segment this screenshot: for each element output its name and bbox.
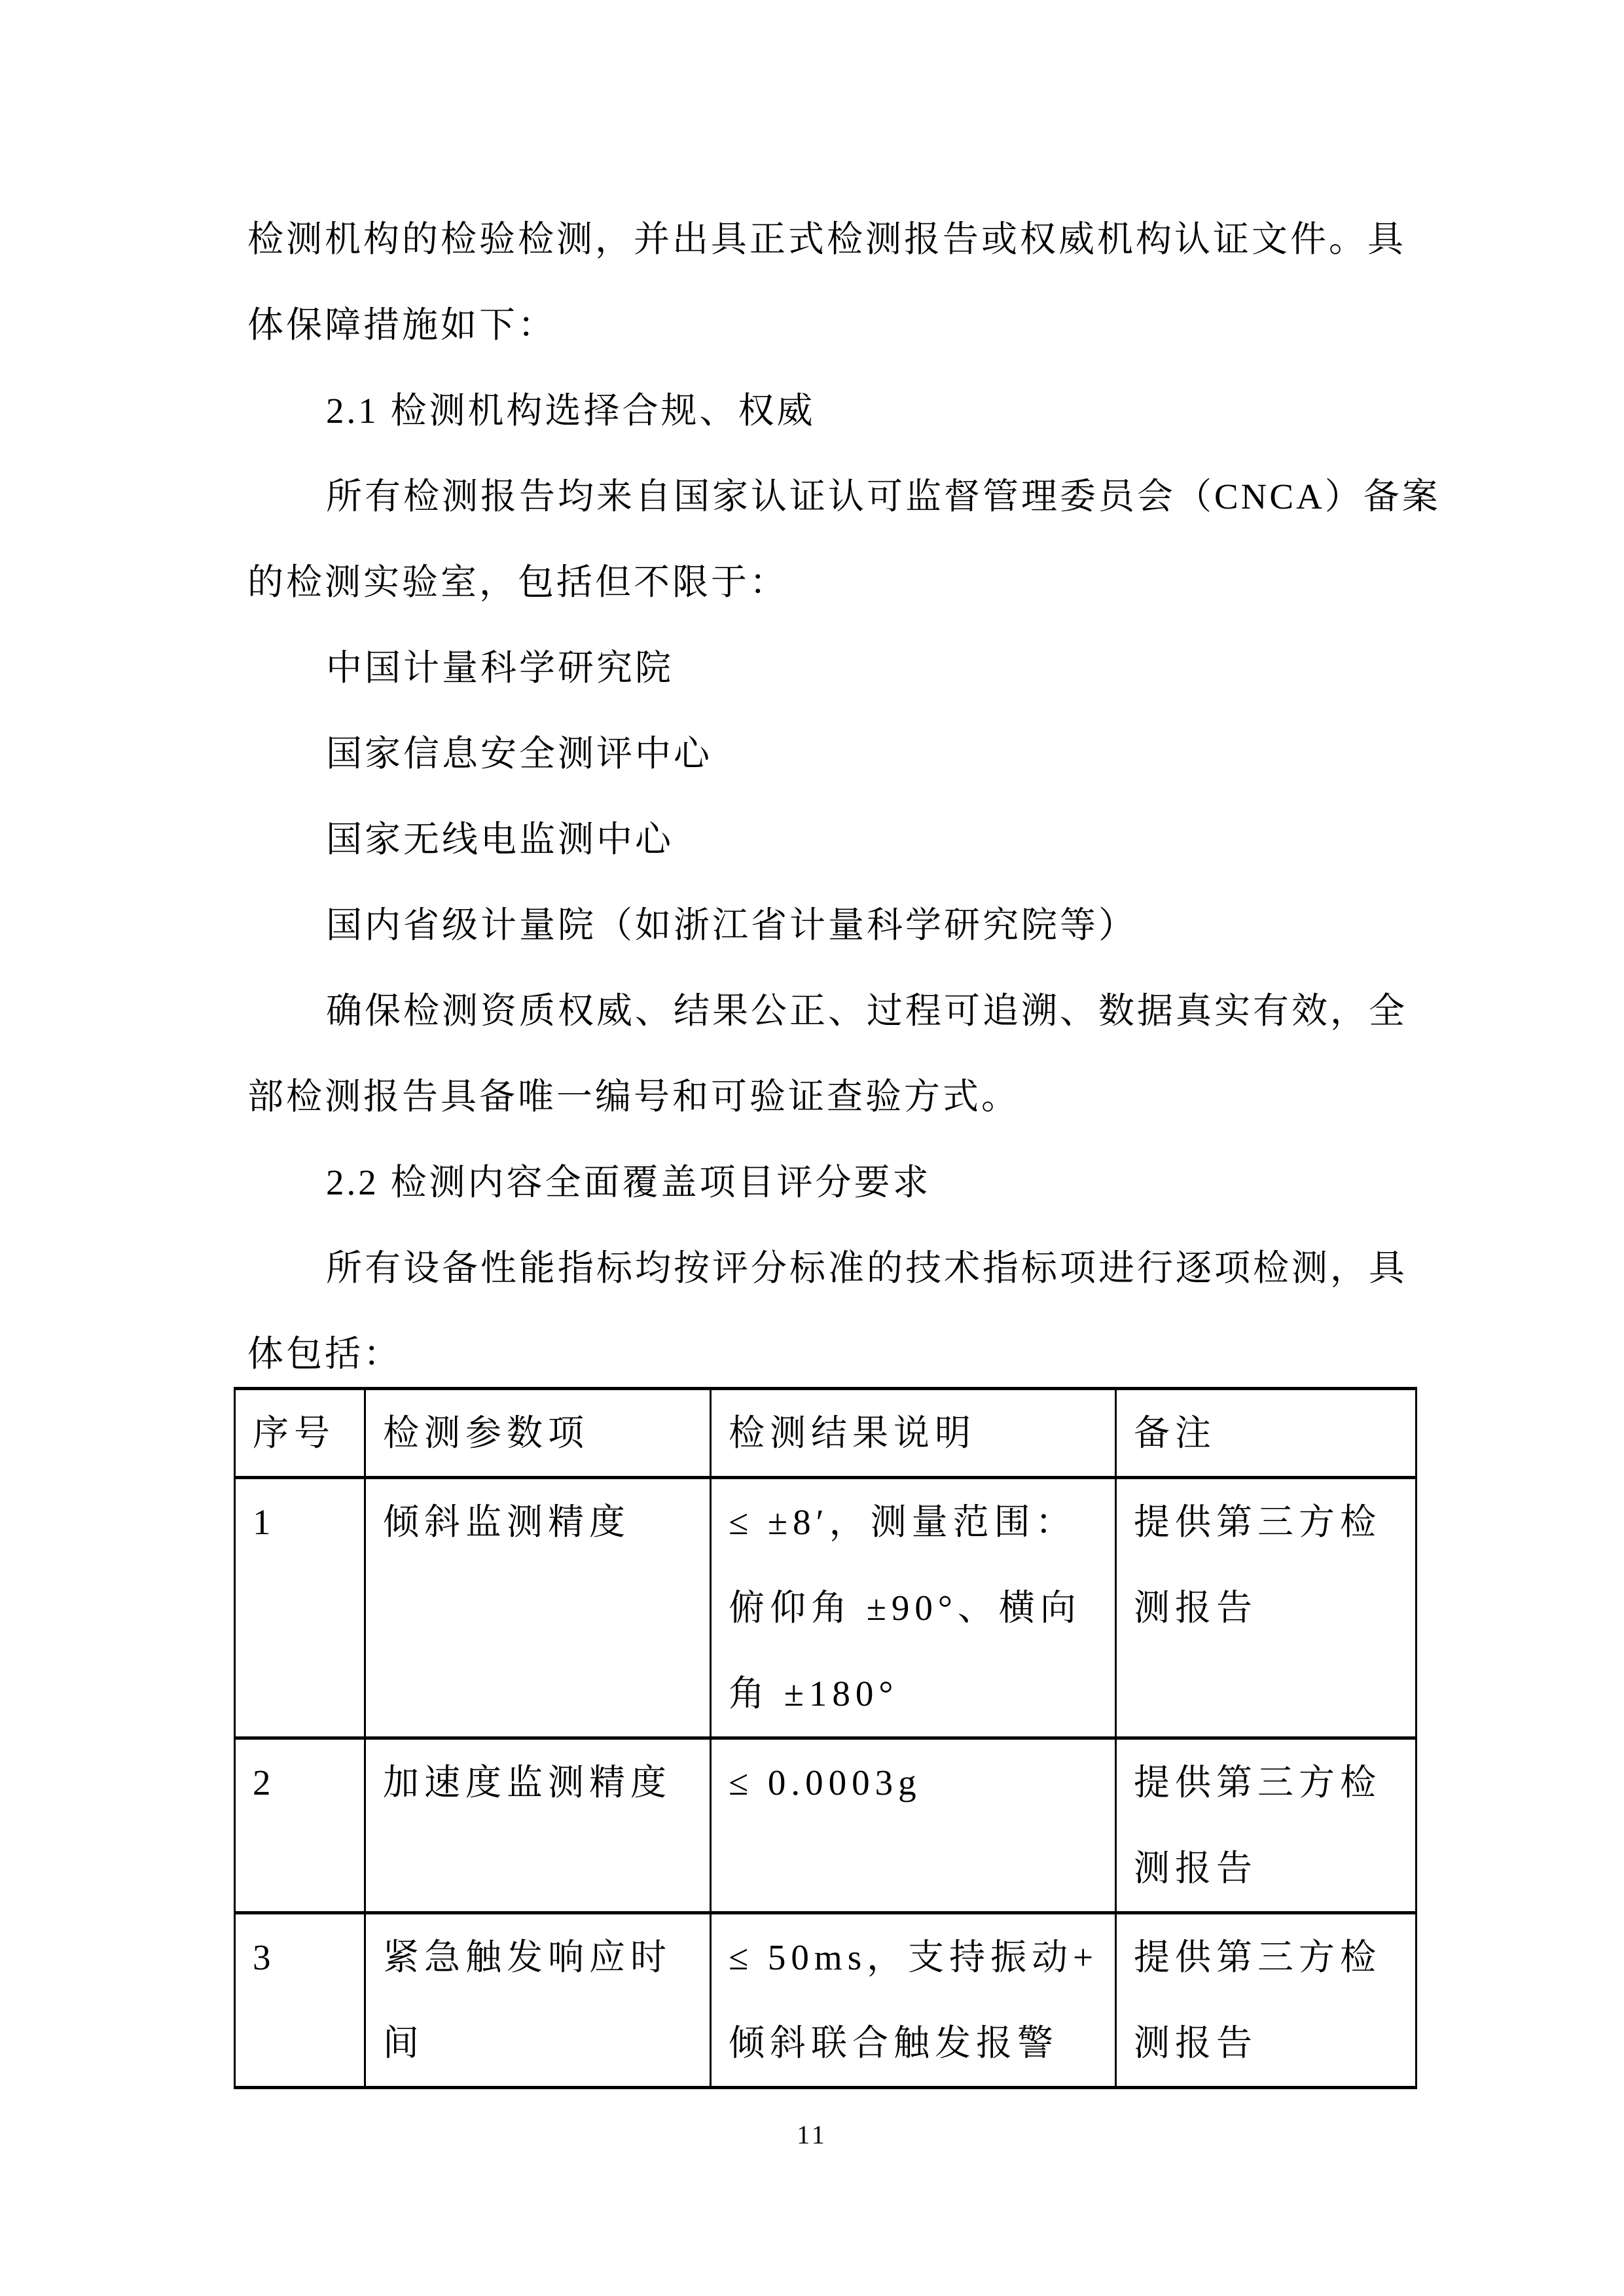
cell-line: 测报告 <box>1134 1825 1415 1911</box>
cell-line: 提供第三方检 <box>1134 1914 1415 2000</box>
page-number: 11 <box>0 2119 1624 2151</box>
cell-result: ≤ 50ms，支持振动+倾斜联合触发报警 <box>711 1913 1116 2088</box>
text-line: 中国计量科学研究院 <box>247 625 1422 711</box>
cell-serial-number: 3 <box>235 1913 365 2088</box>
cell-note: 提供第三方检测报告 <box>1116 1478 1416 1738</box>
cell-serial-number: 1 <box>235 1478 365 1738</box>
table-header-row-container: 序号检测参数项检测结果说明备注 <box>235 1389 1416 1478</box>
cell-line: 测报告 <box>1134 2000 1415 2086</box>
cell-line: 提供第三方检 <box>1134 1740 1415 1825</box>
text-line: 2.2 检测内容全面覆盖项目评分要求 <box>247 1139 1422 1225</box>
table-body: 1倾斜监测精度≤ ±8′，测量范围：俯仰角 ±90°、横向角 ±180°提供第三… <box>235 1478 1416 2088</box>
table-header-row: 序号检测参数项检测结果说明备注 <box>235 1389 1416 1478</box>
text-line: 2.1 检测机构选择合规、权威 <box>247 368 1422 454</box>
table-header-cell: 检测参数项 <box>365 1389 711 1478</box>
body-text: 检测机构的检验检测，并出具正式检测报告或权威机构认证文件。具体保障措施如下：2.… <box>247 196 1422 1397</box>
text-line: 检测机构的检验检测，并出具正式检测报告或权威机构认证文件。具 <box>247 196 1422 282</box>
cell-line: 俯仰角 ±90°、横向 <box>729 1565 1115 1651</box>
text-line: 所有设备性能指标均按评分标准的技术指标项进行逐项检测，具 <box>247 1225 1422 1311</box>
text-line: 国家无线电监测中心 <box>247 797 1422 882</box>
cell-line: 提供第三方检 <box>1134 1479 1415 1565</box>
cell-line: 角 ±180° <box>729 1651 1115 1736</box>
table-row: 2加速度监测精度≤ 0.0003g提供第三方检测报告 <box>235 1738 1416 1913</box>
text-line: 体包括： <box>247 1311 1422 1397</box>
table-header-cell: 序号 <box>235 1389 365 1478</box>
table-row: 3紧急触发响应时间≤ 50ms，支持振动+倾斜联合触发报警提供第三方检测报告 <box>235 1913 1416 2088</box>
text-line: 体保障措施如下： <box>247 282 1422 368</box>
cell-parameter: 倾斜监测精度 <box>365 1478 711 1738</box>
text-line: 所有检测报告均来自国家认证认可监督管理委员会（CNCA）备案 <box>247 454 1422 539</box>
text-line: 的检测实验室，包括但不限于： <box>247 539 1422 625</box>
cell-note: 提供第三方检测报告 <box>1116 1913 1416 2088</box>
cell-note: 提供第三方检测报告 <box>1116 1738 1416 1913</box>
cell-line: 倾斜联合触发报警 <box>729 2000 1115 2086</box>
text-line: 国家信息安全测评中心 <box>247 711 1422 797</box>
table-header-cell: 检测结果说明 <box>711 1389 1116 1478</box>
cell-line: ≤ 50ms，支持振动+ <box>729 1914 1115 2000</box>
document-page: 检测机构的检验检测，并出具正式检测报告或权威机构认证文件。具体保障措施如下：2.… <box>0 0 1624 2296</box>
text-line: 确保检测资质权威、结果公正、过程可追溯、数据真实有效，全 <box>247 968 1422 1054</box>
cell-parameter: 加速度监测精度 <box>365 1738 711 1913</box>
cell-serial-number: 2 <box>235 1738 365 1913</box>
table-row: 1倾斜监测精度≤ ±8′，测量范围：俯仰角 ±90°、横向角 ±180°提供第三… <box>235 1478 1416 1738</box>
inspection-parameters-table: 序号检测参数项检测结果说明备注 1倾斜监测精度≤ ±8′，测量范围：俯仰角 ±9… <box>234 1387 1417 2089</box>
cell-result: ≤ ±8′，测量范围：俯仰角 ±90°、横向角 ±180° <box>711 1478 1116 1738</box>
table-header-cell: 备注 <box>1116 1389 1416 1478</box>
cell-line: 测报告 <box>1134 1565 1415 1651</box>
cell-line: ≤ 0.0003g <box>729 1740 1115 1825</box>
text-line: 部检测报告具备唯一编号和可验证查验方式。 <box>247 1054 1422 1139</box>
cell-result: ≤ 0.0003g <box>711 1738 1116 1913</box>
cell-parameter: 紧急触发响应时间 <box>365 1913 711 2088</box>
text-line: 国内省级计量院（如浙江省计量科学研究院等） <box>247 882 1422 968</box>
cell-line: ≤ ±8′，测量范围： <box>729 1479 1115 1565</box>
